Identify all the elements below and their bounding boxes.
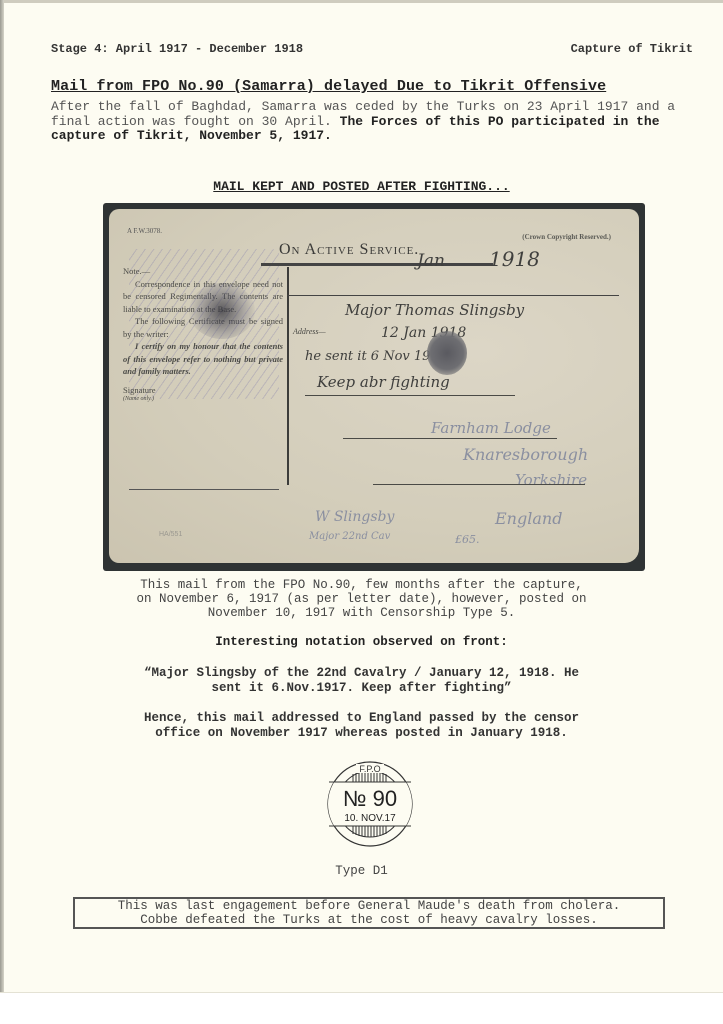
ink-blot xyxy=(427,331,467,375)
conclusion-line: office on November 1917 whereas posted i… xyxy=(0,726,723,741)
postmark-type-label: Type D1 xyxy=(0,864,723,878)
date-line xyxy=(287,295,619,296)
envelope-caption: This mail from the FPO No.90, few months… xyxy=(0,578,723,620)
svg-text:10. NOV.17: 10. NOV.17 xyxy=(344,813,396,824)
form-number: A F.W.3078. xyxy=(127,227,162,235)
hw-address-2: Knaresborough xyxy=(463,445,588,464)
reference-number: HA/551 xyxy=(159,531,182,538)
footnote-line: This was last engagement before General … xyxy=(75,900,663,914)
certificate-italic: I certify on my honour that the contents… xyxy=(123,340,283,378)
censor-mark xyxy=(189,283,255,339)
crown-copyright: (Crown Copyright Reserved.) xyxy=(522,233,611,241)
intro-paragraph: After the fall of Baghdad, Samarra was c… xyxy=(51,100,701,144)
stage-header: Stage 4: April 1917 - December 1918 xyxy=(51,42,303,56)
svg-text:F.P.O: F.P.O xyxy=(359,764,380,774)
signature-line xyxy=(129,489,279,490)
hw-sender-3: £65. xyxy=(455,533,480,546)
fpo-postmark-icon: F.P.O № 90 10. NOV.17 xyxy=(326,760,414,848)
caption-line: November 10, 1917 with Censorship Type 5… xyxy=(0,606,723,620)
envelope-image: A F.W.3078. (Crown Copyright Reserved.) … xyxy=(103,203,645,571)
signature-sub: (Name only.) xyxy=(123,396,283,403)
note-title: Note.— xyxy=(123,265,283,278)
hw-recipient-line: Major Thomas Slingsby xyxy=(345,301,524,319)
quote-line: “Major Slingsby of the 22nd Cavalry / Ja… xyxy=(0,666,723,681)
hw-date-year: 1918 xyxy=(489,247,540,271)
on-active-service-heading: On Active Service. xyxy=(279,241,419,259)
footnote-line: Cobbe defeated the Turks at the cost of … xyxy=(75,914,663,928)
topic-header: Capture of Tikrit xyxy=(571,42,693,56)
page-title: Mail from FPO No.90 (Samarra) delayed Du… xyxy=(51,78,606,95)
heading-rule xyxy=(261,263,493,266)
hw-address-4: England xyxy=(495,509,562,528)
address-rule-3 xyxy=(373,484,585,485)
address-rule-2 xyxy=(343,438,557,439)
page-top-edge xyxy=(0,0,723,3)
notation-quote: “Major Slingsby of the 22nd Cavalry / Ja… xyxy=(0,666,723,696)
section-heading: MAIL KEPT AND POSTED AFTER FIGHTING... xyxy=(0,179,723,194)
quote-line: sent it 6.Nov.1917. Keep after fighting” xyxy=(0,681,723,696)
svg-text:№ 90: № 90 xyxy=(343,786,397,811)
signature-label: Signature xyxy=(123,384,283,397)
conclusion-line: Hence, this mail addressed to England pa… xyxy=(0,711,723,726)
envelope-paper: A F.W.3078. (Crown Copyright Reserved.) … xyxy=(109,209,639,563)
footnote-box: This was last engagement before General … xyxy=(73,897,665,929)
page-bottom-margin xyxy=(0,992,723,1024)
hw-date-month: Jan xyxy=(417,251,445,271)
address-label: Address— xyxy=(293,327,326,336)
caption-line: on November 6, 1917 (as per letter date)… xyxy=(0,592,723,606)
notation-heading: Interesting notation observed on front: xyxy=(0,635,723,649)
hw-keep-line: Keep abr fighting xyxy=(317,373,450,391)
hw-address-3: Yorkshire xyxy=(515,471,587,489)
envelope-divider xyxy=(287,267,289,485)
address-rule-1 xyxy=(305,395,515,396)
hw-sender-2: Major 22nd Cav xyxy=(309,531,390,542)
conclusion-text: Hence, this mail addressed to England pa… xyxy=(0,711,723,741)
hw-sender-1: W Slingsby xyxy=(315,509,394,525)
caption-line: This mail from the FPO No.90, few months… xyxy=(0,578,723,592)
hw-sent-line: he sent it 6 Nov 1917 xyxy=(305,349,447,364)
hw-address-1: Farnham Lodge xyxy=(431,419,551,437)
